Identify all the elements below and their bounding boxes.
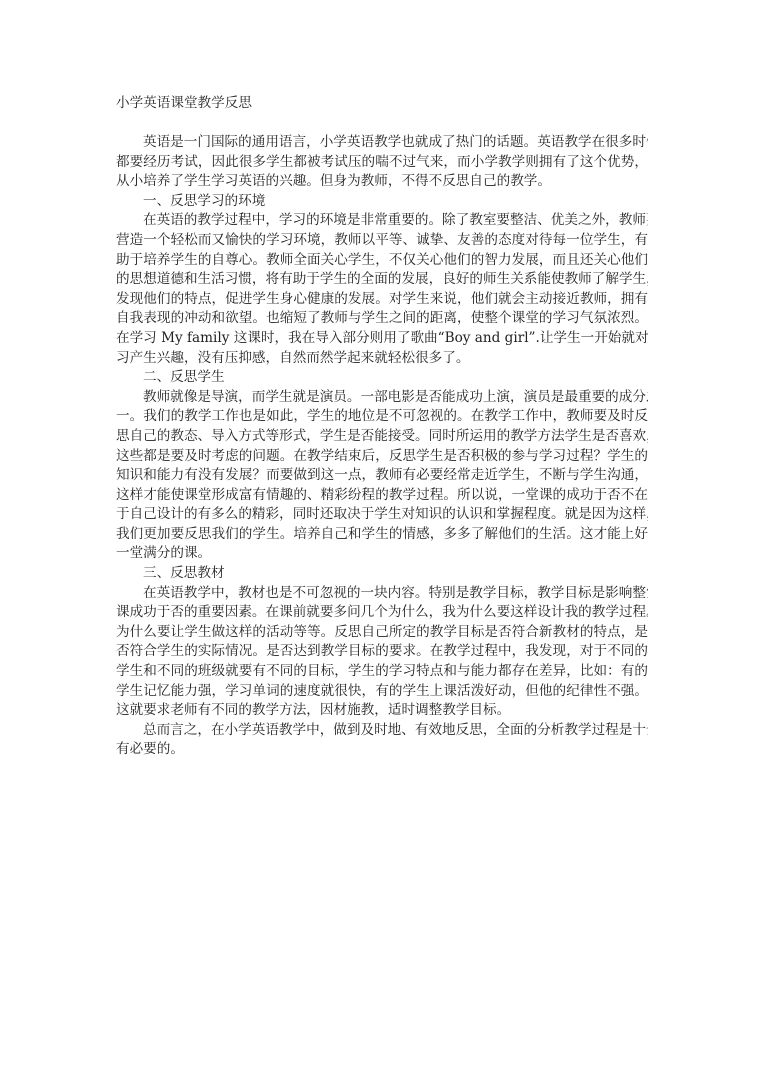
- section-heading-materials: 三、反思教材: [116, 564, 648, 584]
- text-line: 都要经历考试，因此很多学生都被考试压的喘不过气来，而小学教学则拥有了这个优势，: [116, 153, 648, 173]
- text-line: 英语是一门国际的通用语言，小学英语教学也就成了热门的话题。英语教学在很多时候: [116, 133, 648, 153]
- text-line: 习产生兴趣，没有压抑感，自然而然学起来就轻松很多了。: [116, 349, 648, 369]
- text-line: 为什么要让学生做这样的活动等等。反思自己所定的教学目标是否符合新教材的特点，是: [116, 623, 648, 643]
- text-line: 这样才能使课堂形成富有情趣的、精彩纷程的教学过程。所以说，一堂课的成功于否不在: [116, 486, 648, 506]
- section-paragraph-students: 教师就像是导演，而学生就是演员。一部电影是否能成功上演，演员是最重要的成分之 一…: [116, 388, 648, 564]
- text-line: 否符合学生的实际情况。是否达到教学目标的要求。在教学过程中，我发现，对于不同的: [116, 642, 648, 662]
- text-line: 的思想道德和生活习惯，将有助于学生的全面的发展，良好的师生关系能使教师了解学生，: [116, 270, 648, 290]
- text-line: 发现他们的特点，促进学生身心健康的发展。对学生来说，他们就会主动接近教师，拥有: [116, 290, 648, 310]
- text-line: 一。我们的教学工作也是如此，学生的地位是不可忽视的。在教学工作中，教师要及时反: [116, 407, 648, 427]
- text-line: 我们更加要反思我们的学生。培养自己和学生的情感，多多了解他们的生活。这才能上好: [116, 525, 648, 545]
- document-page: 小学英语课堂教学反思 英语是一门国际的通用语言，小学英语教学也就成了热门的话题。…: [0, 0, 763, 1080]
- text-line: 营造一个轻松而又愉快的学习环境，教师以平等、诚挚、友善的态度对待每一位学生，有: [116, 231, 648, 251]
- text-line: 在英语的教学过程中，学习的环境是非常重要的。除了教室要整洁、优美之外，教师要: [116, 211, 648, 231]
- text-line: 教师就像是导演，而学生就是演员。一部电影是否能成功上演，演员是最重要的成分之: [116, 388, 648, 408]
- text-line: 在学习 My family 这课时，我在导入部分则用了歌曲“Boy and gi…: [116, 329, 648, 349]
- document-body: 小学英语课堂教学反思 英语是一门国际的通用语言，小学英语教学也就成了热门的话题。…: [116, 93, 648, 760]
- text-line: 在英语教学中，教材也是不可忽视的一块内容。特别是教学目标，教学目标是影响整堂: [116, 584, 648, 604]
- text-line: 一堂满分的课。: [116, 544, 648, 564]
- intro-paragraph: 英语是一门国际的通用语言，小学英语教学也就成了热门的话题。英语教学在很多时候 都…: [116, 133, 648, 192]
- conclusion-paragraph: 总而言之，在小学英语教学中，做到及时地、有效地反思，全面的分析教学过程是十分 有…: [116, 721, 648, 760]
- text-line: 学生记忆能力强，学习单词的速度就很快，有的学生上课活泼好动，但他的纪律性不强。: [116, 682, 648, 702]
- text-line: 这些都是要及时考虑的问题。在教学结束后，反思学生是否积极的参与学习过程？学生的: [116, 447, 648, 467]
- document-title: 小学英语课堂教学反思: [116, 93, 648, 113]
- text-line: 总而言之，在小学英语教学中，做到及时地、有效地反思，全面的分析教学过程是十分: [116, 721, 648, 741]
- text-line: 课成功于否的重要因素。在课前就要多问几个为什么，我为什么要这样设计我的教学过程。: [116, 603, 648, 623]
- text-line: 有必要的。: [116, 740, 648, 760]
- text-line: 从小培养了学生学习英语的兴趣。但身为教师，不得不反思自己的教学。: [116, 172, 648, 192]
- section-paragraph-materials: 在英语教学中，教材也是不可忽视的一块内容。特别是教学目标，教学目标是影响整堂 课…: [116, 584, 648, 721]
- text-line: 自我表现的冲动和欲望。也缩短了教师与学生之间的距离，使整个课堂的学习气氛浓烈。: [116, 309, 648, 329]
- text-line: 助于培养学生的自尊心。教师全面关心学生，不仅关心他们的智力发展，而且还关心他们: [116, 251, 648, 271]
- text-line: 知识和能力有没有发展？而要做到这一点，教师有必要经常走近学生，不断与学生沟通，: [116, 466, 648, 486]
- text-line: 学生和不同的班级就要有不同的目标，学生的学习特点和与能力都存在差异，比如：有的: [116, 662, 648, 682]
- section-heading-environment: 一、反思学习的环境: [116, 192, 648, 212]
- section-heading-students: 二、反思学生: [116, 368, 648, 388]
- text-line: 思自己的教态、导入方式等形式，学生是否能接受。同时所运用的教学方法学生是否喜欢，: [116, 427, 648, 447]
- section-paragraph-environment: 在英语的教学过程中，学习的环境是非常重要的。除了教室要整洁、优美之外，教师要 营…: [116, 211, 648, 368]
- text-line: 于自己设计的有多么的精彩，同时还取决于学生对知识的认识和掌握程度。就是因为这样，: [116, 505, 648, 525]
- text-line: 这就要求老师有不同的教学方法，因材施教，适时调整教学目标。: [116, 701, 648, 721]
